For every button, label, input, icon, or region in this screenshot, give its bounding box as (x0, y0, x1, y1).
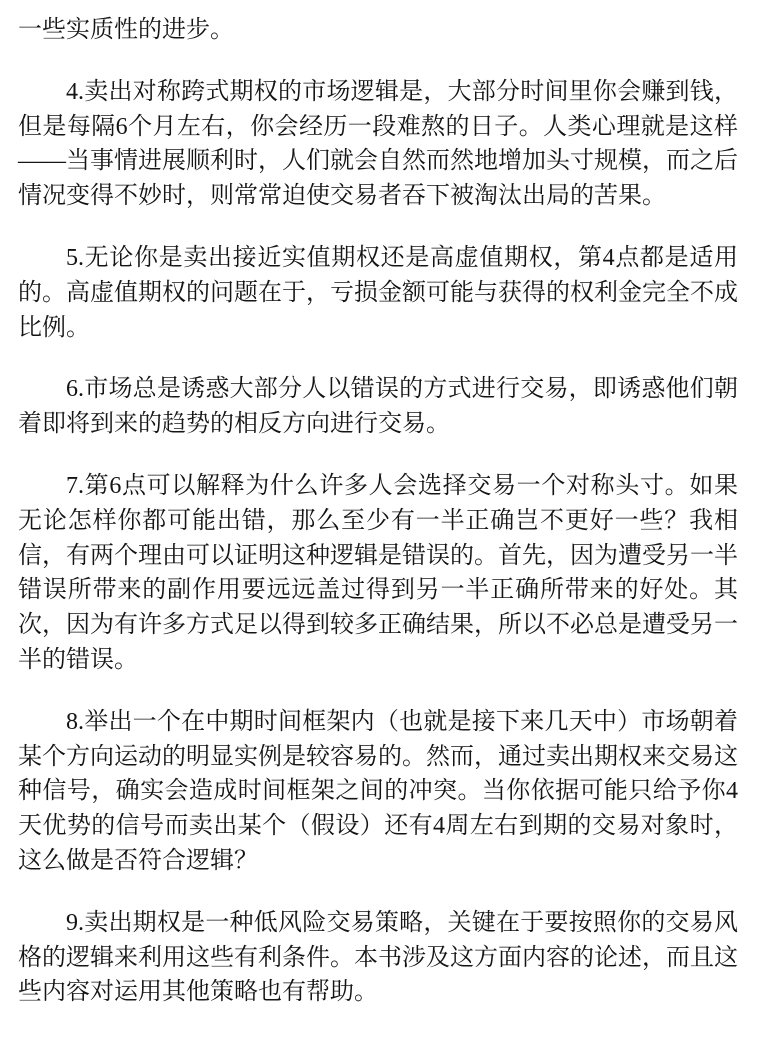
paragraph-point-8: 8.举出一个在中期时间框架内（也就是接下来几天中）市场朝着某个方向运动的明显实例… (18, 705, 738, 879)
paragraph-point-4: 4.卖出对称跨式期权的市场逻辑是，大部分时间里你会赚到钱，但是每隔6个月左右，你… (18, 75, 738, 214)
book-page: 一些实质性的进步。 4.卖出对称跨式期权的市场逻辑是，大部分时间里你会赚到钱，但… (0, 0, 758, 1038)
paragraph-point-6: 6.市场总是诱惑大部分人以错误的方式进行交易，即诱惑他们朝着即将到来的趋势的相反… (18, 372, 738, 442)
paragraph-point-7: 7.第6点可以解释为什么许多人会选择交易一个对称头寸。如果无论怎样你都可能出错，… (18, 469, 738, 678)
paragraph-point-9: 9.卖出期权是一种低风险交易策略，关键在于要按照你的交易风格的逻辑来利用这些有利… (18, 906, 738, 1010)
paragraph-continuation: 一些实质性的进步。 (18, 13, 738, 48)
paragraph-point-5: 5.无论你是卖出接近实值期权还是高虚值期权，第4点都是适用的。高虚值期权的问题在… (18, 241, 738, 345)
